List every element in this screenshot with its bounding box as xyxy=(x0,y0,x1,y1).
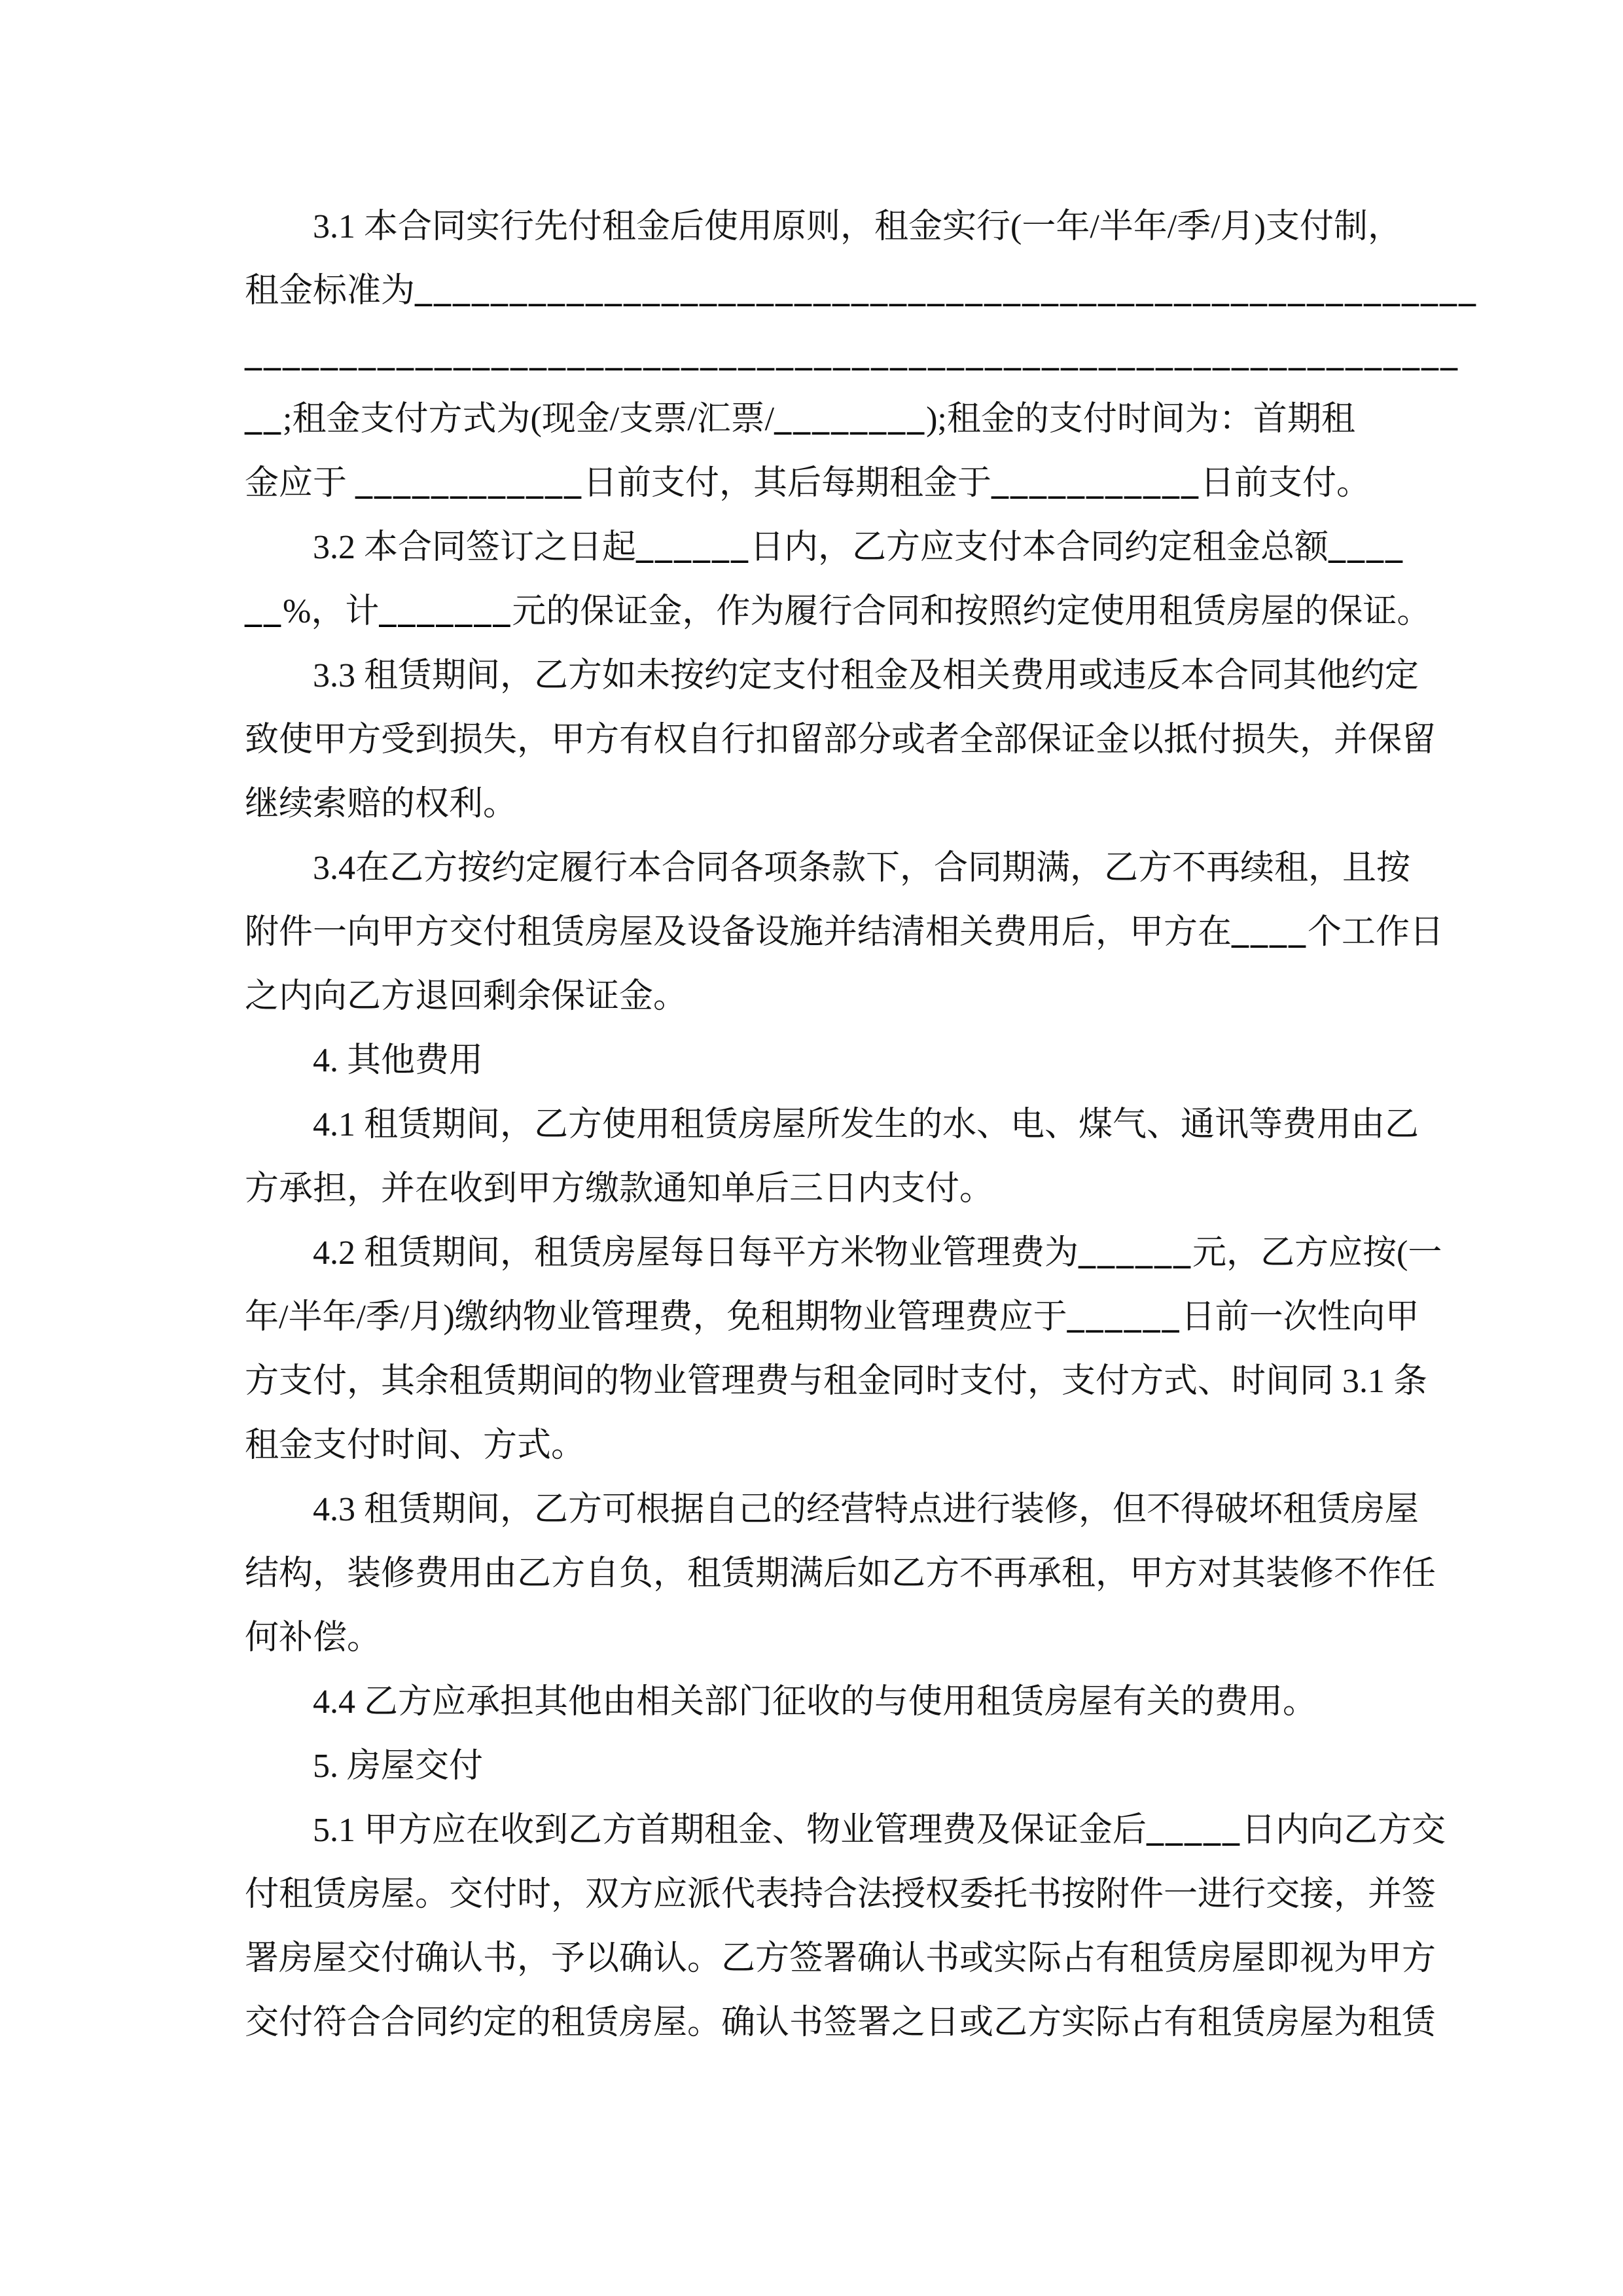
document-line: 5.1 甲方应在收到乙方首期租金、物业管理费及保证金后_____日内向乙方交 xyxy=(245,1799,1400,1863)
document-line: 3.2 本合同签订之日起______日内，乙方应支付本合同约定租金总额____ xyxy=(245,516,1400,580)
blank-field: ____ xyxy=(1232,914,1308,951)
document-line: 交付符合合同约定的租赁房屋。确认书签署之日或乙方实际占有租赁房屋为租赁 xyxy=(245,1991,1400,2055)
document-line: 5. 房屋交付 xyxy=(245,1734,1400,1799)
blank-field: ________________________________________… xyxy=(415,272,1478,310)
document-line: 付租赁房屋。交付时，双方应派代表持合法授权委托书按附件一进行交接，并签 xyxy=(245,1863,1400,1927)
document-line: 方承担，并在收到甲方缴款通知单后三日内支付。 xyxy=(245,1157,1400,1221)
document-line: __;租金支付方式为(现金/支票/汇票/________);租金的支付时间为：首… xyxy=(245,387,1400,452)
document-line: 4.3 租赁期间，乙方可根据自己的经营特点进行装修，但不得破坏租赁房屋 xyxy=(245,1478,1400,1542)
document-line: 附件一向甲方交付租赁房屋及设备设施并结清相关费用后，甲方在____个工作日 xyxy=(245,901,1400,965)
document-line: 4.1 租赁期间，乙方使用租赁房屋所发生的水、电、煤气、通讯等费用由乙 xyxy=(245,1093,1400,1157)
blank-field: ______ xyxy=(1079,1234,1192,1272)
document-line: 继续索赔的权利。 xyxy=(245,772,1400,836)
document-line: 4.4 乙方应承担其他由相关部门征收的与使用租赁房屋有关的费用。 xyxy=(245,1670,1400,1734)
blank-field: _______ xyxy=(379,593,512,630)
blank-field: ________ xyxy=(774,401,926,438)
blank-field: _____ xyxy=(1147,1812,1241,1849)
document-line: 租金支付时间、方式。 xyxy=(245,1414,1400,1478)
document-line: 结构，装修费用由乙方自负，租赁期满后如乙方不再承租，甲方对其装修不作任 xyxy=(245,1542,1400,1606)
document-line: 年/半年/季/月)缴纳物业管理费，免租期物业管理费应于______日前一次性向甲 xyxy=(245,1285,1400,1350)
blank-field: ____ xyxy=(1329,529,1404,566)
blank-field: ___________ xyxy=(991,465,1200,502)
document-line: 4.2 租赁期间，租赁房屋每日每平方米物业管理费为______元，乙方应按(一 xyxy=(245,1221,1400,1285)
document-line: __%，计_______元的保证金，作为履行合同和按照约定使用租赁房屋的保证。 xyxy=(245,580,1400,644)
document-line: 3.4在乙方按约定履行本合同各项条款下，合同期满，乙方不再续租，且按 xyxy=(245,836,1400,901)
document-line: 3.1 本合同实行先付租金后使用原则，租金实行(一年/半年/季/月)支付制， xyxy=(245,195,1400,259)
blank-field: ____________ xyxy=(355,465,583,502)
document-line: ________________________________________… xyxy=(245,323,1400,387)
document-line: 之内向乙方退回剩余保证金。 xyxy=(245,965,1400,1029)
blank-field: ______ xyxy=(1067,1299,1181,1336)
document-line: 金应于 ____________日前支付，其后每期租金于___________日… xyxy=(245,452,1400,516)
blank-field: __ xyxy=(245,593,283,630)
document-line: 何补偿。 xyxy=(245,1606,1400,1670)
contract-body: 3.1 本合同实行先付租金后使用原则，租金实行(一年/半年/季/月)支付制，租金… xyxy=(245,195,1400,2055)
blank-field: ________________________________________… xyxy=(245,336,1459,374)
blank-field: ______ xyxy=(636,529,750,566)
document-line: 方支付，其余租赁期间的物业管理费与租金同时支付，支付方式、时间同 3.1 条 xyxy=(245,1350,1400,1414)
contract-page: 3.1 本合同实行先付租金后使用原则，租金实行(一年/半年/季/月)支付制，租金… xyxy=(0,0,1623,2296)
document-line: 署房屋交付确认书，予以确认。乙方签署确认书或实际占有租赁房屋即视为甲方 xyxy=(245,1927,1400,1991)
document-line: 3.3 租赁期间，乙方如未按约定支付租金及相关费用或违反本合同其他约定 xyxy=(245,644,1400,708)
document-line: 租金标准为___________________________________… xyxy=(245,259,1400,323)
document-line: 4. 其他费用 xyxy=(245,1029,1400,1093)
document-line: 致使甲方受到损失，甲方有权自行扣留部分或者全部保证金以抵付损失，并保留 xyxy=(245,708,1400,772)
blank-field: __ xyxy=(245,401,283,438)
